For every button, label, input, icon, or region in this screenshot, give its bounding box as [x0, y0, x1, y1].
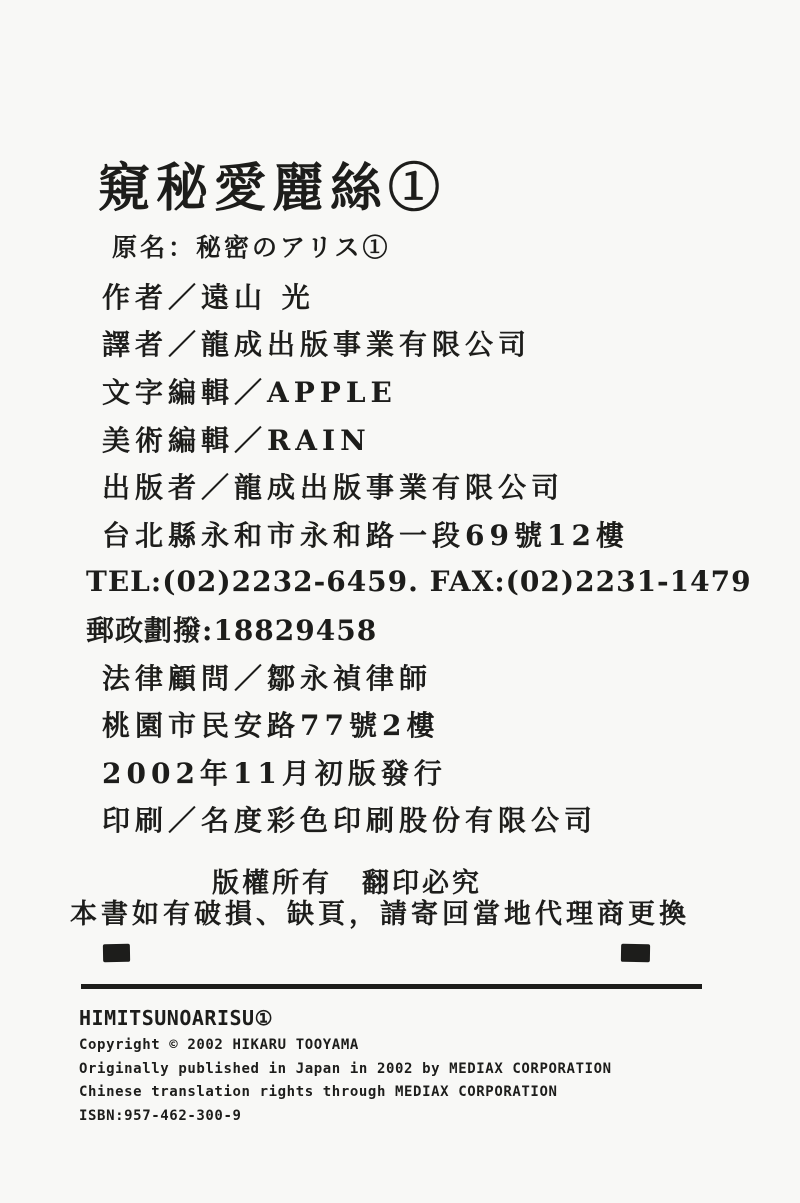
- colophon-page: 窺秘愛麗絲① 原名：秘密のアリス① 作者／遠山 光 譯者／龍成出版事業有限公司 …: [0, 0, 800, 1203]
- colophon-line-author: 作者／遠山 光: [102, 272, 742, 320]
- isbn-line: ISBN:957-462-300-9: [79, 1105, 612, 1129]
- colophon-block: 作者／遠山 光 譯者／龍成出版事業有限公司 文字編輯／APPLE 美術編輯／RA…: [102, 272, 742, 843]
- ink-mark-left: [103, 944, 130, 962]
- replacement-notice: 本書如有破損、缺頁，請寄回當地代理商更換: [70, 892, 690, 931]
- original-publication-line: Originally published in Japan in 2002 by…: [79, 1058, 612, 1082]
- imprint-block: HIMITSUNOARISU① Copyright © 2002 HIKARU …: [79, 1003, 612, 1128]
- colophon-line-publisher: 出版者／龍成出版事業有限公司: [102, 462, 742, 510]
- translation-rights-line: Chinese translation rights through MEDIA…: [79, 1081, 612, 1105]
- colophon-line-edition-date: 2002年11月初版發行: [102, 748, 742, 796]
- original-title: 原名：秘密のアリス①: [112, 228, 391, 264]
- divider-rule: [81, 984, 702, 989]
- colophon-line-text-editor: 文字編輯／APPLE: [102, 367, 742, 415]
- colophon-line-postal-account: 郵政劃撥:18829458: [86, 605, 742, 653]
- colophon-line-translator: 譯者／龍成出版事業有限公司: [102, 320, 742, 368]
- colophon-line-address: 台北縣永和市永和路一段69號12樓: [102, 510, 742, 558]
- ink-mark-right: [621, 944, 650, 963]
- colophon-line-tel-fax: TEL:(02)2232-6459. FAX:(02)2231-1479: [86, 558, 742, 606]
- book-title: 窺秘愛麗絲①: [98, 146, 446, 221]
- colophon-line-legal-advisor: 法律顧問／鄒永禎律師: [102, 653, 742, 701]
- colophon-line-printer: 印刷／名度彩色印刷股份有限公司: [102, 796, 742, 844]
- colophon-line-legal-address: 桃園市民安路77號2樓: [102, 700, 742, 748]
- colophon-line-art-editor: 美術編輯／RAIN: [102, 415, 742, 463]
- copyright-line: Copyright © 2002 HIKARU TOOYAMA: [79, 1034, 612, 1058]
- romanized-title: HIMITSUNOARISU①: [79, 1003, 612, 1034]
